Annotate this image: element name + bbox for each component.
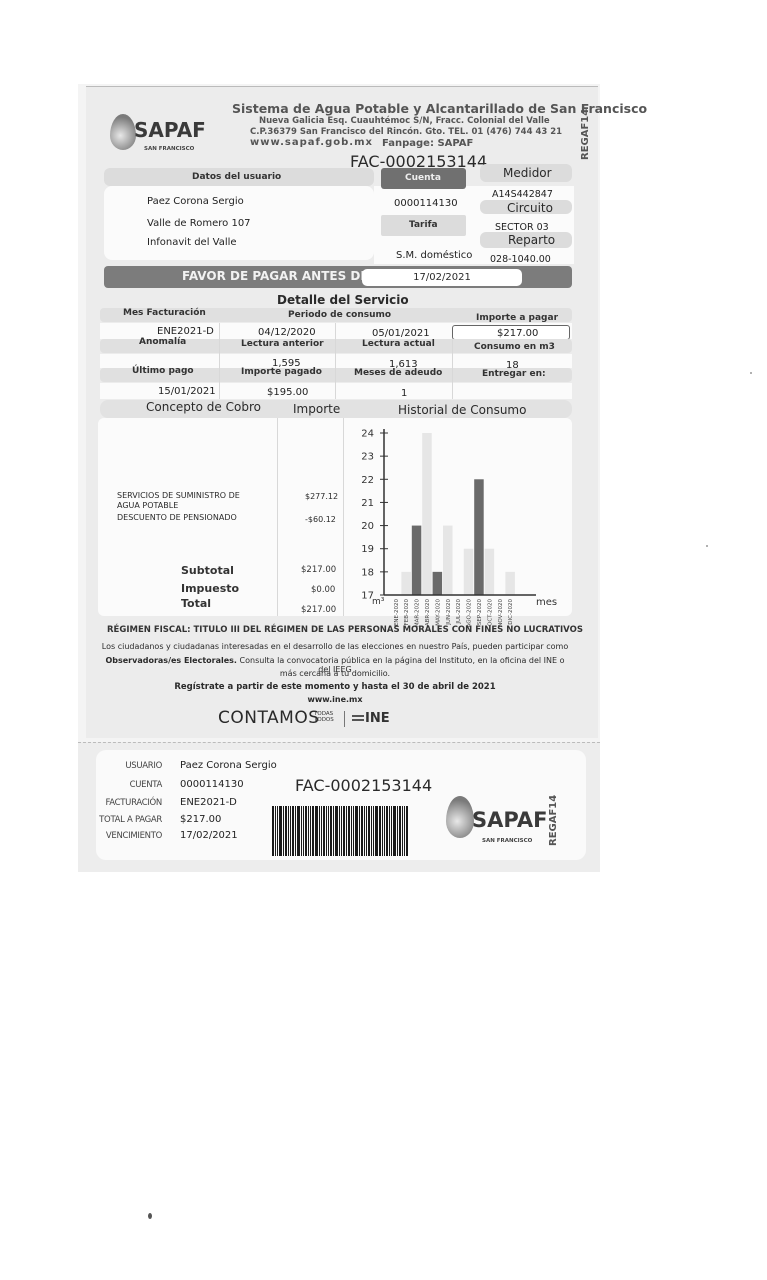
contamos-logo: CONTAMOS [218, 708, 320, 728]
scan-speck [148, 1213, 152, 1219]
barcode-bar [386, 806, 388, 856]
svg-text:18: 18 [361, 567, 374, 578]
barcode-bar [283, 806, 284, 856]
barcode-bar [343, 806, 345, 856]
impuesto-value: $0.00 [311, 585, 335, 595]
divider [452, 340, 453, 399]
water-drop-icon [110, 114, 136, 150]
importe-pagado-value: $195.00 [267, 387, 308, 398]
meses-adeudo-label: Meses de adeudo [354, 368, 442, 378]
user-colony: Infonavit del Valle [147, 237, 237, 248]
barcode-bar [288, 806, 289, 856]
stub-cuenta-label: CUENTA [72, 780, 162, 790]
barcode [272, 806, 430, 856]
svg-text:SEP-2020: SEP-2020 [477, 599, 483, 626]
importe-header: Importe [293, 402, 340, 416]
ine-register-deadline: Regístrate a partir de este momento y ha… [100, 682, 570, 692]
impuesto-label: Impuesto [181, 582, 239, 595]
total-label: Total [181, 597, 211, 610]
barcode-bar [277, 806, 278, 856]
ine-emblem-icon [352, 715, 364, 721]
barcode-bar [384, 806, 385, 856]
svg-text:MAY-2020: MAY-2020 [435, 599, 441, 626]
svg-text:MAR-2020: MAR-2020 [415, 599, 421, 628]
chart-bar [401, 572, 411, 595]
barcode-bar [333, 806, 334, 856]
svg-text:22: 22 [361, 475, 374, 486]
org-fanpage: Fanpage: SAPAF [382, 138, 473, 149]
subtotal-label: Subtotal [181, 564, 234, 577]
barcode-bar [366, 806, 367, 856]
barcode-bar [373, 806, 374, 856]
subtotal-value: $217.00 [301, 565, 336, 575]
barcode-bar [326, 806, 327, 856]
charge-item-2-amount: -$60.12 [305, 515, 336, 524]
cuenta-value: 0000114130 [394, 198, 458, 209]
org-address-1: Nueva Galicia Esq. Cuauhtémoc S/N, Fracc… [259, 116, 550, 126]
concepto-header: Concepto de Cobro [146, 400, 261, 414]
logo-subtitle: SAN FRANCISCO [144, 146, 194, 152]
divider [277, 418, 278, 616]
divider [344, 711, 345, 727]
meses-adeudo-value: 1 [401, 388, 407, 399]
divider [335, 323, 336, 399]
barcode-bar [272, 806, 274, 856]
stub-vencimiento-label: VENCIMIENTO [72, 831, 162, 841]
barcode-bar [310, 806, 311, 856]
importe-pagado-label: Importe pagado [241, 367, 322, 377]
barcode-bar [346, 806, 347, 856]
barcode-bar [368, 806, 370, 856]
barcode-bar [355, 806, 358, 856]
svg-text:19: 19 [361, 544, 374, 555]
barcode-bar [328, 806, 329, 856]
barcode-bar [285, 806, 287, 856]
entregar-label: Entregar en: [482, 369, 546, 379]
barcode-bar [351, 806, 352, 856]
barcode-bar [379, 806, 381, 856]
ultimo-pago-value: 15/01/2021 [158, 386, 216, 397]
circuito-label: Circuito [507, 201, 553, 215]
historial-header: Historial de Consumo [398, 403, 526, 417]
svg-text:23: 23 [361, 452, 374, 463]
stub-total-value: $217.00 [180, 814, 221, 825]
barcode-bar [339, 806, 340, 856]
barcode-bar [404, 806, 405, 856]
svg-text:FEB-2020: FEB-2020 [404, 599, 410, 626]
todos-text: TODOS [314, 717, 334, 723]
service-detail-title: Detalle del Servicio [277, 293, 409, 307]
periodo-label: Periodo de consumo [288, 310, 391, 320]
ine-notice-line1: Los ciudadanos y ciudadanas interesadas … [100, 642, 570, 651]
stub-cuenta-value: 0000114130 [180, 779, 244, 790]
scan-speck [750, 372, 752, 374]
barcode-bar [397, 806, 398, 856]
svg-text:20: 20 [361, 521, 374, 532]
barcode-bar [297, 806, 300, 856]
chart-bar [474, 479, 484, 595]
charge-item-1-line1: SERVICIOS DE SUMINISTRO DE [117, 491, 240, 500]
lectura-anterior-label: Lectura anterior [241, 339, 324, 349]
barcode-bar [303, 806, 304, 856]
barcode-bar [301, 806, 302, 856]
svg-text:AGO-2020: AGO-2020 [467, 599, 473, 628]
charge-item-2-line1: DESCUENTO DE PENSIONADO [117, 513, 237, 522]
svg-text:ABR-2020: ABR-2020 [425, 599, 431, 627]
svg-text:DIC-2020: DIC-2020 [508, 599, 514, 625]
tarifa-label: Tarifa [409, 220, 438, 230]
cuenta-label: Cuenta [405, 173, 441, 183]
barcode-bar [323, 806, 325, 856]
barcode-bar [353, 806, 354, 856]
logo-brand: SAPAF [134, 118, 206, 142]
barcode-bar [315, 806, 318, 856]
svg-text:m³: m³ [372, 597, 385, 607]
barcode-bar [375, 806, 378, 856]
stub-form-code: REGAF14 [548, 795, 559, 846]
reparto-label: Reparto [508, 233, 555, 247]
svg-text:NOV-2020: NOV-2020 [498, 599, 504, 627]
tarifa-value: S.M. doméstico [396, 250, 472, 261]
anomalia-label: Anomalía [139, 337, 186, 347]
user-name: Paez Corona Sergio [147, 196, 244, 207]
chart-bar [485, 549, 495, 595]
stub-facturacion-value: ENE2021-D [180, 797, 237, 808]
stub-total-label: TOTAL A PAGAR [72, 815, 162, 825]
total-value: $217.00 [301, 605, 336, 615]
barcode-bar [391, 806, 392, 856]
barcode-bar [361, 806, 363, 856]
reparto-value: 028-1040.00 [490, 254, 551, 265]
svg-text:21: 21 [361, 498, 374, 509]
user-data-title: Datos del usuario [192, 172, 281, 182]
charge-item-1-line2: AGUA POTABLE [117, 501, 178, 510]
stub-logo-brand: SAPAF [472, 808, 547, 832]
importe-pagar-value: $217.00 [497, 328, 538, 339]
barcode-bar [319, 806, 320, 856]
barcode-bar [406, 806, 408, 856]
barcode-bar [292, 806, 294, 856]
divider [219, 323, 220, 399]
periodo-inicio-value: 04/12/2020 [258, 327, 316, 338]
ine-notice-line3: más cercana a tu domicilio. [100, 669, 570, 678]
stub-usuario-label: USUARIO [72, 761, 162, 771]
barcode-bar [371, 806, 372, 856]
form-code: REGAF14 [580, 109, 591, 160]
scan-speck [706, 545, 708, 547]
barcode-bar [341, 806, 342, 856]
barcode-bar [312, 806, 314, 856]
svg-text:mes: mes [536, 597, 557, 608]
svg-text:JUN-2020: JUN-2020 [446, 599, 452, 626]
barcode-bar [393, 806, 396, 856]
contamos-todas-todos: TODAS TODOS [314, 711, 334, 723]
barcode-bar [295, 806, 296, 856]
charge-item-1-amount: $277.12 [305, 492, 338, 501]
chart-bar [505, 572, 515, 595]
barcode-bar [382, 806, 383, 856]
medidor-value: A14S442847 [492, 189, 553, 200]
org-address-2: C.P.36379 San Francisco del Rincón. Gto.… [250, 127, 562, 137]
svg-text:JUL-2020: JUL-2020 [456, 599, 462, 625]
ultimo-pago-label: Último pago [132, 366, 194, 376]
mes-facturacion-label: Mes Facturación [123, 308, 206, 318]
barcode-bar [399, 806, 401, 856]
consumo-label: Consumo en m3 [474, 342, 555, 352]
chart-bar [422, 433, 432, 595]
water-drop-icon [446, 796, 474, 838]
barcode-bar [348, 806, 350, 856]
medidor-label: Medidor [503, 166, 552, 180]
svg-text:OCT-2020: OCT-2020 [487, 599, 493, 627]
due-date-value: 17/02/2021 [362, 269, 522, 286]
ine-website[interactable]: www.ine.mx [100, 695, 570, 704]
user-address: Valle de Romero 107 [147, 218, 251, 229]
stub-invoice-number: FAC-0002153144 [295, 776, 432, 795]
mes-facturacion-value: ENE2021-D [157, 326, 214, 337]
barcode-bar [330, 806, 332, 856]
ine-logo: INE [365, 711, 390, 726]
periodo-fin-value: 05/01/2021 [372, 328, 430, 339]
stub-logo-subtitle: SAN FRANCISCO [482, 838, 532, 844]
barcode-bar [335, 806, 338, 856]
org-website: www.sapaf.gob.mx [250, 137, 373, 148]
due-date-label: FAVOR DE PAGAR ANTES DE: [182, 269, 373, 283]
barcode-bar [279, 806, 282, 856]
chart-bar [443, 526, 453, 595]
stub-usuario-value: Paez Corona Sergio [180, 760, 277, 771]
chart-bar [464, 549, 474, 595]
barcode-bar [402, 806, 403, 856]
barcode-bar [275, 806, 276, 856]
barcode-bar [321, 806, 322, 856]
chart-bar [412, 526, 422, 595]
barcode-bar [290, 806, 291, 856]
barcode-bar [359, 806, 360, 856]
barcode-bar [389, 806, 390, 856]
consumption-history-chart: 1718192021222324m³mesENE-2020FEB-2020MAR… [340, 420, 570, 635]
barcode-bar [305, 806, 307, 856]
svg-text:24: 24 [361, 429, 374, 440]
ine-notice-bold: Observadoras/es Electorales. [105, 656, 237, 665]
importe-pagar-label: Importe a pagar [476, 313, 558, 323]
chart-bar [433, 572, 443, 595]
barcode-bar [364, 806, 365, 856]
lectura-actual-label: Lectura actual [362, 339, 435, 349]
fiscal-regimen: RÉGIMEN FISCAL: TITULO III DEL RÉGIMEN D… [107, 625, 583, 635]
stub-vencimiento-value: 17/02/2021 [180, 830, 238, 841]
stub-facturacion-label: FACTURACIÓN [72, 798, 162, 808]
svg-text:ENE-2020: ENE-2020 [394, 599, 400, 627]
barcode-bar [308, 806, 309, 856]
